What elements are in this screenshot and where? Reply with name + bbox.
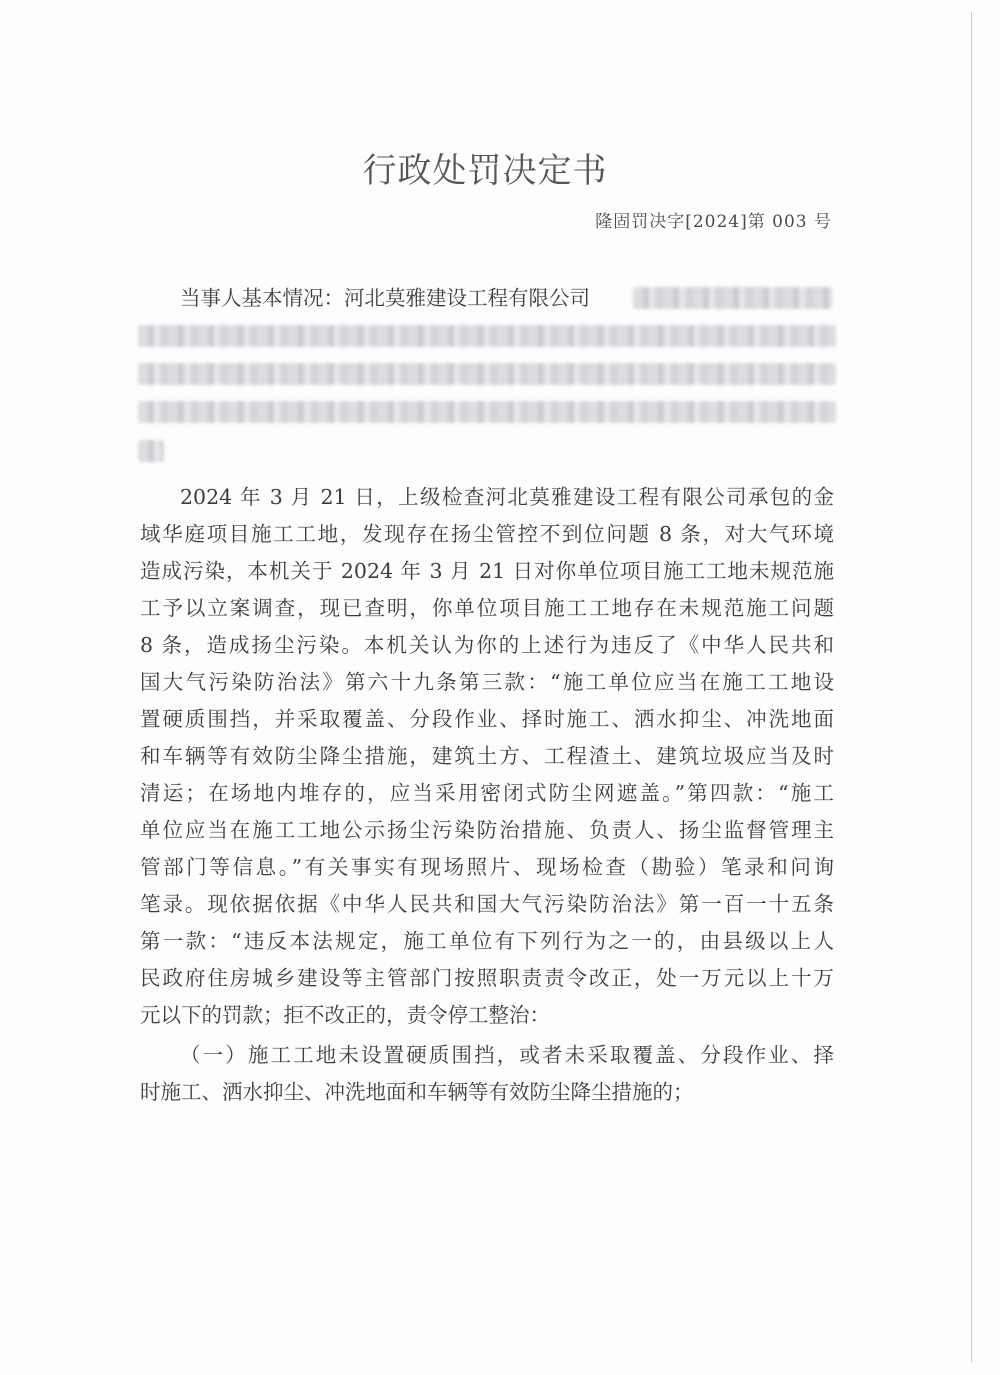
document-page: 行政处罚决定书 隆固罚决字[2024]第 003 号 当事人基本情况：河北莫雅建…: [0, 0, 1000, 1375]
document-title: 行政处罚决定书: [0, 143, 970, 192]
body-line: 单位应当在施工工地公示扬尘污染防治措施、负责人、扬尘监督管理主: [140, 817, 834, 843]
redacted-block: [138, 440, 164, 462]
body-line: 国大气污染防治法》第六十九条第三款：“施工单位应当在施工工地设: [140, 669, 834, 695]
redacted-block: [138, 363, 836, 385]
body-line: 元以下的罚款；拒不改正的，责令停工整治：: [140, 1002, 834, 1028]
party-company-name: 河北莫雅建设工程有限公司: [344, 286, 590, 310]
party-info-label: 当事人基本情况：: [180, 286, 344, 310]
body-line: 第一款：“违反本法规定，施工单位有下列行为之一的，由县级以上人: [140, 928, 834, 954]
document-number: 隆固罚决字[2024]第 003 号: [595, 207, 832, 232]
body-line: 管部门等信息。”有关事实有现场照片、现场检查（勘验）笔录和问询: [140, 854, 834, 880]
body-line: 清运；在场地内堆存的，应当采用密闭式防尘网遮盖。”第四款：“施工: [140, 780, 834, 806]
item-line: 时施工、洒水抑尘、冲洗地面和车辆等有效防尘降尘措施的；: [140, 1079, 834, 1105]
body-line: 笔录。现依据依据《中华人民共和国大气污染防治法》第一百一十五条: [140, 891, 834, 917]
body-line: 民政府住房城乡建设等主管部门按照职责责令改正，处一万元以上十万: [140, 965, 834, 991]
body-line: 造成污染，本机关于 2024 年 3 月 21 日对你单位项目施工工地未规范施: [140, 558, 834, 584]
body-line: 域华庭项目施工工地，发现存在扬尘管控不到位问题 8 条，对大气环境: [140, 521, 834, 547]
body-line: 置硬质围挡，并采取覆盖、分段作业、择时施工、洒水抑尘、冲洗地面: [140, 706, 834, 732]
body-line: 8 条，造成扬尘污染。本机关认为你的上述行为违反了《中华人民共和: [140, 632, 834, 658]
redacted-block: [138, 401, 836, 423]
redacted-block: [138, 325, 836, 347]
body-line: 2024 年 3 月 21 日，上级检查河北莫雅建设工程有限公司承包的金: [140, 484, 834, 510]
body-line: 和车辆等有效防尘降尘措施，建筑土方、工程渣土、建筑垃圾应当及时: [140, 743, 834, 769]
page-edge-line: [971, 12, 972, 1362]
item-line: （一）施工工地未设置硬质围挡，或者未采取覆盖、分段作业、择: [140, 1042, 834, 1068]
body-line: 工予以立案调查，现已查明，你单位项目施工工地存在未规范施工问题: [140, 595, 834, 621]
redacted-block: [633, 287, 833, 309]
